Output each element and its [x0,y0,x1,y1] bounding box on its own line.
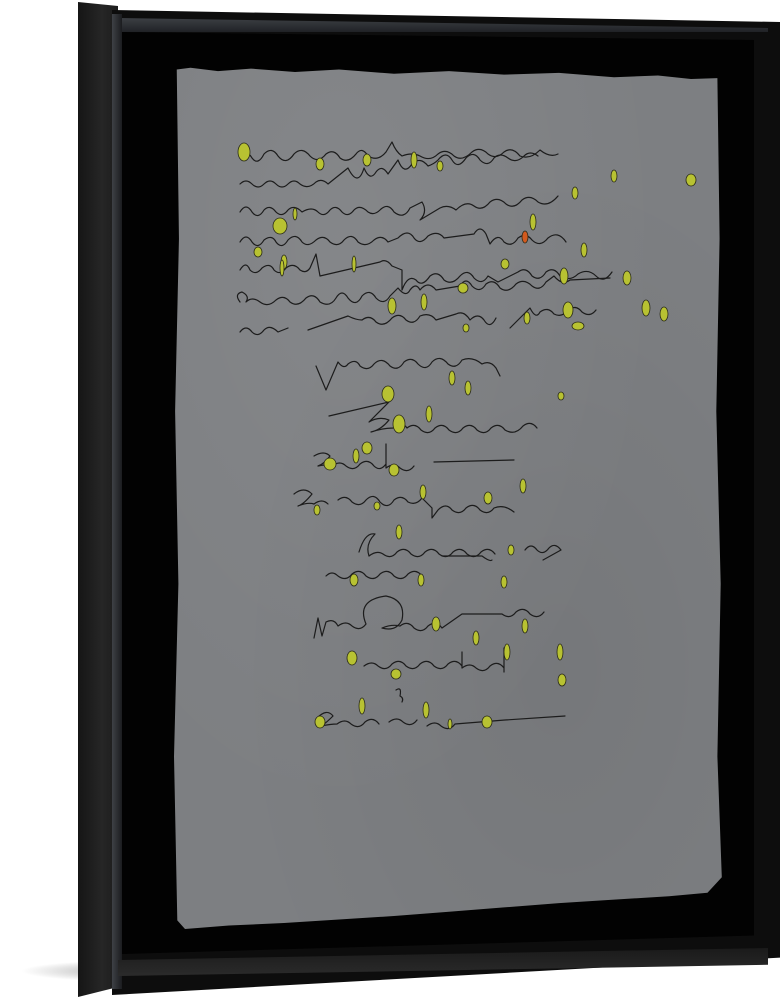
handwriting-indented-lines [294,358,566,729]
orange-accent [522,231,528,243]
handwriting-block [237,142,696,335]
frame-inner-lip-left [112,14,122,989]
asemic-handwriting [174,66,724,929]
gray-paper-sheet [174,66,724,929]
